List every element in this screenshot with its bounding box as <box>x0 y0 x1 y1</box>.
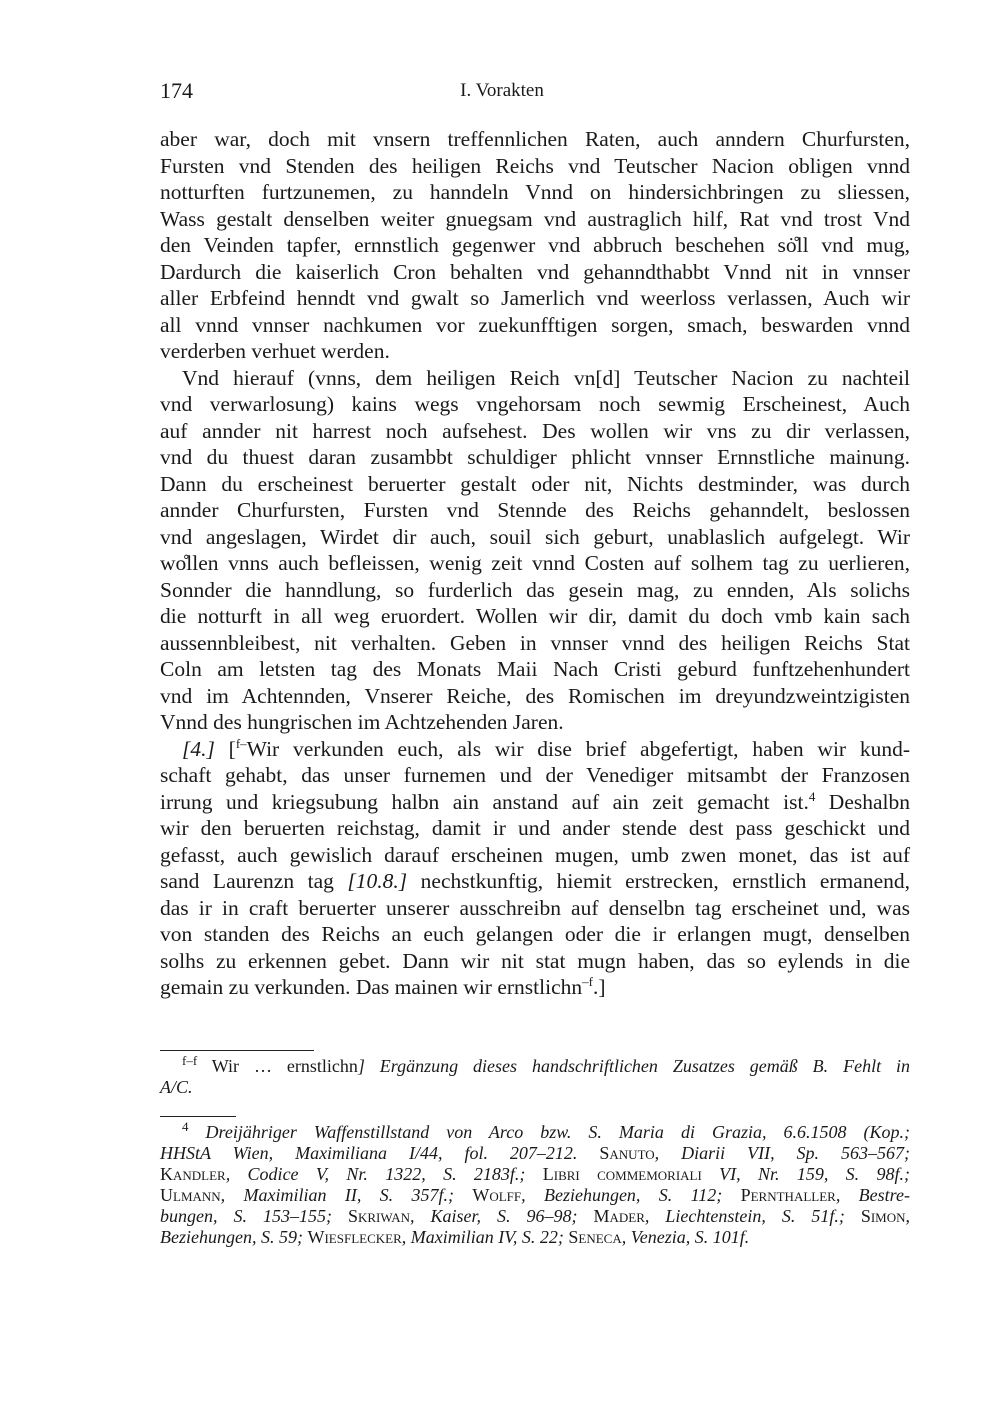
author-name: Wiesflecker <box>307 1227 401 1247</box>
text-line: Ulmann, Maximilian II, S. 357f.; Wolff, … <box>160 1185 910 1206</box>
author-name: Kandler <box>160 1164 226 1184</box>
text-line: verderben verhuet werden. <box>160 338 910 365</box>
text-line: [4.] [f–Wir verkunden euch, als wir dise… <box>160 736 910 763</box>
text-line: auf annder nit harrest noch aufsehest. D… <box>160 418 910 445</box>
text-line: aller Erbfeind henndt vnd gwalt so Jamer… <box>160 285 910 312</box>
critical-note-marker[interactable]: –f <box>582 974 593 989</box>
author-name: Mader <box>593 1206 644 1226</box>
text-line: Dann du erscheinest beruerter gestalt od… <box>160 471 910 498</box>
text-line: Vnnd des hungrischen im Achtzehenden Jar… <box>160 709 910 736</box>
main-text: aber war, doch mit vnsern treffennlichen… <box>160 126 910 1001</box>
author-name: Pernthaller <box>741 1185 836 1205</box>
text-line: sand Laurenzn tag [10.8.] nechstkunftig,… <box>160 868 910 895</box>
note-marker: f–f <box>182 1053 197 1068</box>
author-name: Libri commemoriali <box>543 1164 702 1184</box>
text-line: f–f Wir … ernstlichn] Ergänzung dieses h… <box>160 1056 910 1077</box>
text-line: irrung und kriegsubung halbn ain anstand… <box>160 789 910 816</box>
text-line: Sonnder die hanndlung, so furderlich das… <box>160 577 910 604</box>
text-line: bungen, S. 153–155; Skriwan, Kaiser, S. … <box>160 1206 910 1227</box>
author-name: Sanuto <box>599 1143 654 1163</box>
text-line: wo̊llen vnns auch befleissen, wenig zeit… <box>160 550 910 577</box>
text-line: notturften furtzunemen, zu hanndeln Vnnd… <box>160 179 910 206</box>
author-name: Ulmann <box>160 1185 221 1205</box>
text-line: schaft gehabt, das unser furnemen und de… <box>160 762 910 789</box>
text-line: vnd verwarlosung) kains wegs vngehorsam … <box>160 391 910 418</box>
author-name: Skriwan <box>348 1206 410 1226</box>
text-line: gefasst, auch gewislich darauf erscheine… <box>160 842 910 869</box>
text-line: gemain zu verkunden. Das mainen wir erns… <box>160 974 910 1001</box>
text-line: vnd im Achtennden, Vnserer Reiche, des R… <box>160 683 910 710</box>
text-line: Kandler, Codice V, Nr. 1322, S. 2183f.; … <box>160 1164 910 1185</box>
text-line: Coln am letsten tag des Monats Maii Nach… <box>160 656 910 683</box>
text-line: die notturft in all weg eruordert. Wolle… <box>160 603 910 630</box>
author-name: Simon <box>861 1206 906 1226</box>
text-line: 4 Dreijähriger Waffenstillstand von Arco… <box>160 1122 910 1143</box>
critical-note-marker[interactable]: f– <box>236 735 247 750</box>
author-name: Seneca <box>568 1227 621 1247</box>
text-line: all vnnd vnnser nachkumen vor zuekunffti… <box>160 312 910 339</box>
text-line: Dardurch die kaiserlich Cron behalten vn… <box>160 259 910 286</box>
text-line: HHStA Wien, Maximiliana I/44, fol. 207–2… <box>160 1143 910 1164</box>
critical-apparatus-note: f–f Wir … ernstlichn] Ergänzung dieses h… <box>160 1056 910 1098</box>
author-name: Wolff <box>472 1185 521 1205</box>
text-line: vnd angeslagen, Wirdet dir auch, souil s… <box>160 524 910 551</box>
text-line: solhs zu erkennen gebet. Dann wir nit st… <box>160 948 910 975</box>
section-marker: [4.] <box>182 737 215 761</box>
text-line: von standen des Reichs an euch gelangen … <box>160 921 910 948</box>
text-line: vnd du thuest daran zusambbt schuldiger … <box>160 444 910 471</box>
text-line: Vnd hierauf (vnns, dem heiligen Reich vn… <box>160 365 910 392</box>
bracket: [ <box>229 737 236 761</box>
text-line: A/C. <box>160 1077 910 1098</box>
text-line: Wass gestalt denselben weiter gnuegsam v… <box>160 206 910 233</box>
footnote-4: 4 Dreijähriger Waffenstillstand von Arco… <box>160 1122 910 1248</box>
text-line: das ir in craft beruerter unserer aussch… <box>160 895 910 922</box>
text-line: wir den beruerten reichstag, damit ir un… <box>160 815 910 842</box>
running-head: I. Vorakten <box>0 80 1004 102</box>
text-line: aussennbleibest, nit verhalten. Geben in… <box>160 630 910 657</box>
footnote-divider <box>160 1116 236 1117</box>
text-line: annder Churfursten, Fursten vnd Stennde … <box>160 497 910 524</box>
footnote-divider <box>160 1050 314 1051</box>
date-annotation: [10.8.] <box>347 869 407 893</box>
text-line: Beziehungen, S. 59; Wiesflecker, Maximil… <box>160 1227 910 1248</box>
text-line: den Veinden tapfer, ernnstlich gegenwer … <box>160 232 910 259</box>
text-line: aber war, doch mit vnsern treffennlichen… <box>160 126 910 153</box>
text-line: Fursten vnd Stenden des heiligen Reichs … <box>160 153 910 180</box>
